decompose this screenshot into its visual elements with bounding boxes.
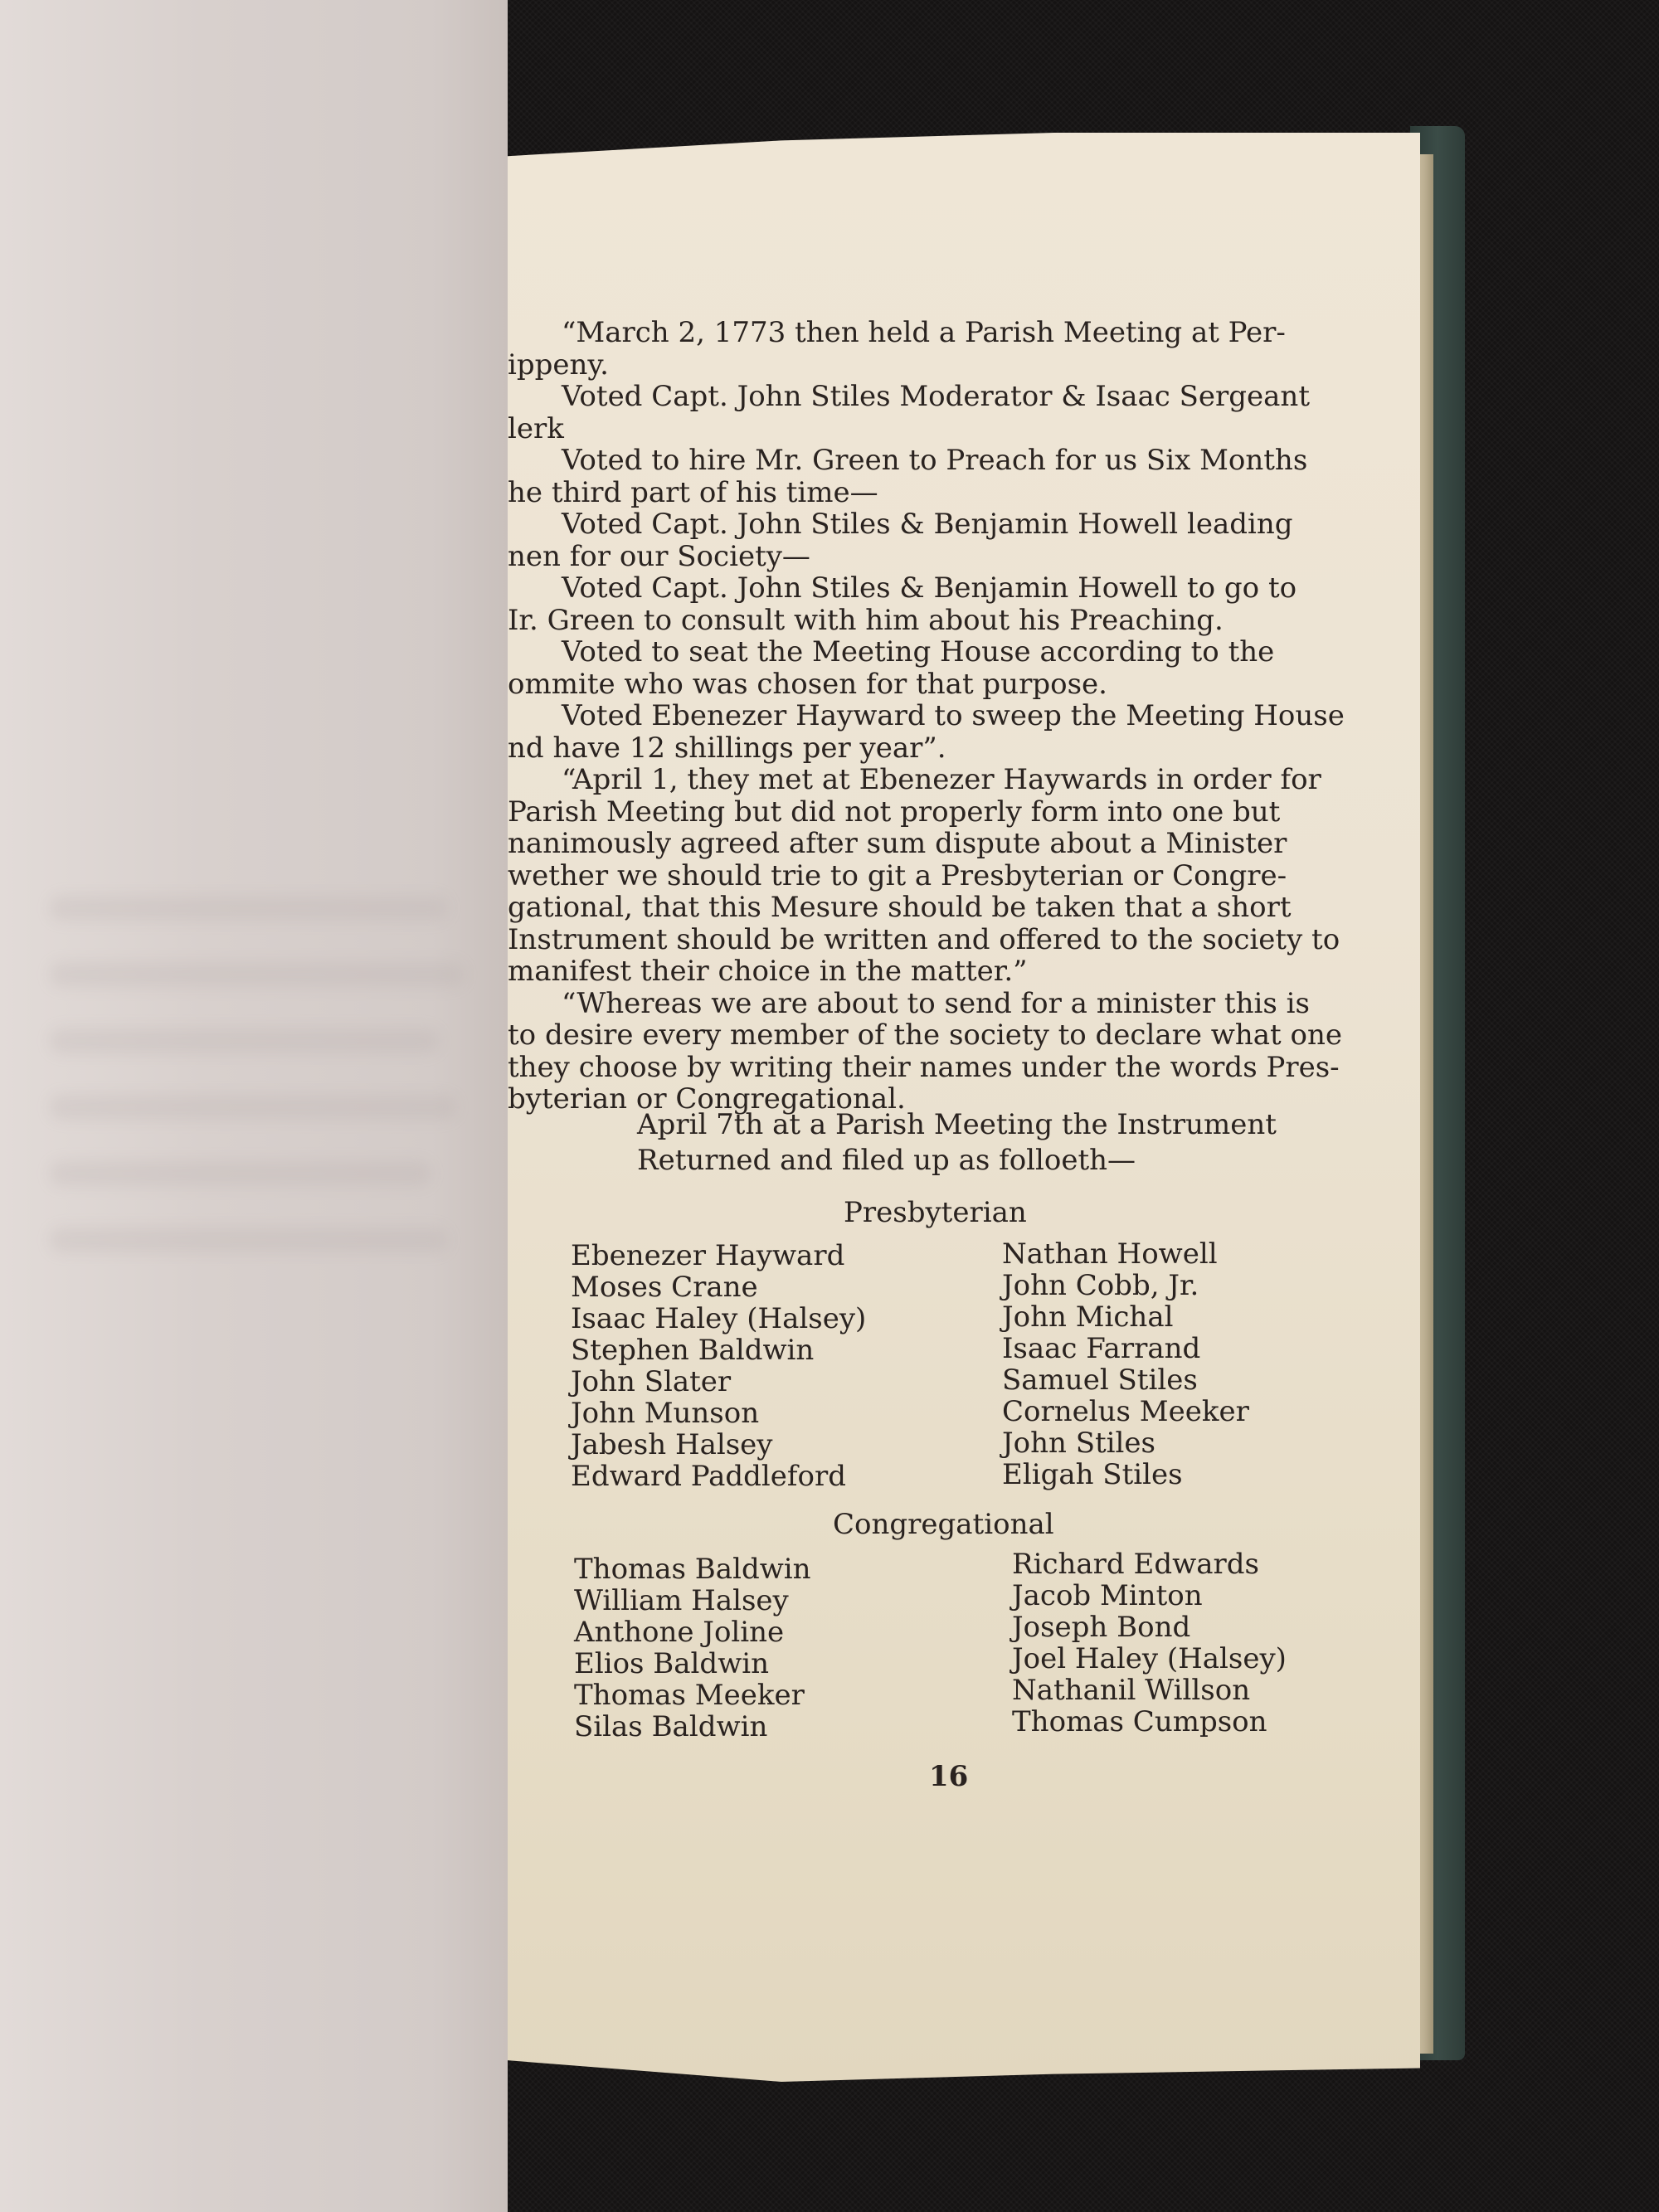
- bleed-through-text: [50, 1028, 440, 1053]
- text-line: Parish Meeting but did not properly form…: [508, 796, 1280, 828]
- member-name: Joel Haley (Halsey): [1012, 1643, 1287, 1675]
- bleed-through-text: [50, 896, 448, 921]
- member-name: Joseph Bond: [1012, 1612, 1287, 1643]
- bleed-through-text: [50, 1161, 431, 1186]
- text-line: “April 1, they met at Ebenezer Haywards …: [562, 764, 1321, 795]
- member-name: John Munson: [571, 1398, 866, 1429]
- member-name: Moses Crane: [571, 1271, 866, 1303]
- text-line: he third part of his time—: [508, 477, 878, 508]
- member-name: Jacob Minton: [1012, 1580, 1287, 1612]
- text-line: Voted Ebenezer Hayward to sweep the Meet…: [562, 700, 1345, 732]
- member-name: John Slater: [571, 1366, 866, 1398]
- member-name: Nathan Howell: [1002, 1238, 1249, 1270]
- member-name: John Cobb, Jr.: [1002, 1270, 1249, 1301]
- text-line: “Whereas we are about to send for a mini…: [562, 988, 1310, 1019]
- member-name: Nathanil Willson: [1012, 1675, 1287, 1706]
- congregational-heading: Congregational: [833, 1508, 1054, 1541]
- member-name: Thomas Cumpson: [1012, 1706, 1287, 1738]
- member-name: Thomas Meeker: [574, 1680, 811, 1711]
- presbyterian-names-right: Nathan HowellJohn Cobb, Jr.John MichalIs…: [1002, 1238, 1249, 1490]
- book-page: “March 2, 1773 then held a Parish Meetin…: [508, 133, 1420, 2082]
- text-line: to desire every member of the society to…: [508, 1019, 1342, 1051]
- member-name: Silas Baldwin: [574, 1711, 811, 1743]
- member-name: Stephen Baldwin: [571, 1334, 866, 1366]
- member-name: William Halsey: [574, 1585, 811, 1616]
- text-line: they choose by writing their names under…: [508, 1052, 1340, 1083]
- member-name: Samuel Stiles: [1002, 1364, 1249, 1396]
- member-name: Thomas Baldwin: [574, 1553, 811, 1585]
- page-number: 16: [929, 1760, 968, 1793]
- member-name: Edward Paddleford: [571, 1461, 866, 1492]
- text-line: nen for our Society—: [508, 541, 810, 572]
- member-name: Jabesh Halsey: [571, 1429, 866, 1461]
- text-line: nanimously agreed after sum dispute abou…: [508, 828, 1287, 859]
- text-line: Voted Capt. John Stiles & Benjamin Howel…: [562, 572, 1297, 604]
- text-line: Voted to seat the Meeting House accordin…: [562, 636, 1274, 668]
- member-name: Cornelus Meeker: [1002, 1396, 1249, 1427]
- left-page-blurred: [0, 0, 508, 2212]
- text-line: Voted Capt. John Stiles & Benjamin Howel…: [562, 508, 1293, 540]
- member-name: Eligah Stiles: [1002, 1459, 1249, 1490]
- text-line: nd have 12 shillings per year”.: [508, 732, 946, 764]
- text-line: Ir. Green to consult with him about his …: [508, 605, 1224, 636]
- member-name: Isaac Farrand: [1002, 1333, 1249, 1364]
- intro-line: Returned and filed up as folloeth—: [637, 1143, 1277, 1179]
- text-line: Instrument should be written and offered…: [508, 924, 1340, 955]
- presbyterian-names-left: Ebenezer HaywardMoses CraneIsaac Haley (…: [571, 1240, 866, 1492]
- member-name: Elios Baldwin: [574, 1648, 811, 1680]
- text-line: lerk: [508, 413, 564, 445]
- intro-block: April 7th at a Parish Meeting the Instru…: [637, 1107, 1277, 1179]
- bleed-through-text: [50, 962, 465, 987]
- member-name: Ebenezer Hayward: [571, 1240, 866, 1271]
- text-line: ommite who was chosen for that purpose.: [508, 668, 1107, 700]
- congregational-names-right: Richard EdwardsJacob MintonJoseph BondJo…: [1012, 1548, 1287, 1738]
- text-line: manifest their choice in the matter.”: [508, 955, 1028, 987]
- congregational-names-left: Thomas BaldwinWilliam HalseyAnthone Joli…: [574, 1553, 811, 1743]
- presbyterian-heading: Presbyterian: [844, 1196, 1027, 1229]
- text-line: “March 2, 1773 then held a Parish Meetin…: [562, 317, 1286, 348]
- bleed-through-text: [50, 1228, 448, 1252]
- member-name: Anthone Joline: [574, 1616, 811, 1648]
- intro-line: April 7th at a Parish Meeting the Instru…: [637, 1107, 1277, 1143]
- member-name: Isaac Haley (Halsey): [571, 1303, 866, 1334]
- bleed-through-text: [50, 1095, 456, 1120]
- member-name: Richard Edwards: [1012, 1548, 1287, 1580]
- text-line: Voted to hire Mr. Green to Preach for us…: [562, 445, 1307, 476]
- text-line: ippeny.: [508, 349, 609, 381]
- text-line: gational, that this Mesure should be tak…: [508, 892, 1291, 923]
- member-name: John Stiles: [1002, 1427, 1249, 1459]
- member-name: John Michal: [1002, 1301, 1249, 1333]
- text-line: wether we should trie to git a Presbyter…: [508, 860, 1287, 892]
- text-line: Voted Capt. John Stiles Moderator & Isaa…: [562, 381, 1310, 412]
